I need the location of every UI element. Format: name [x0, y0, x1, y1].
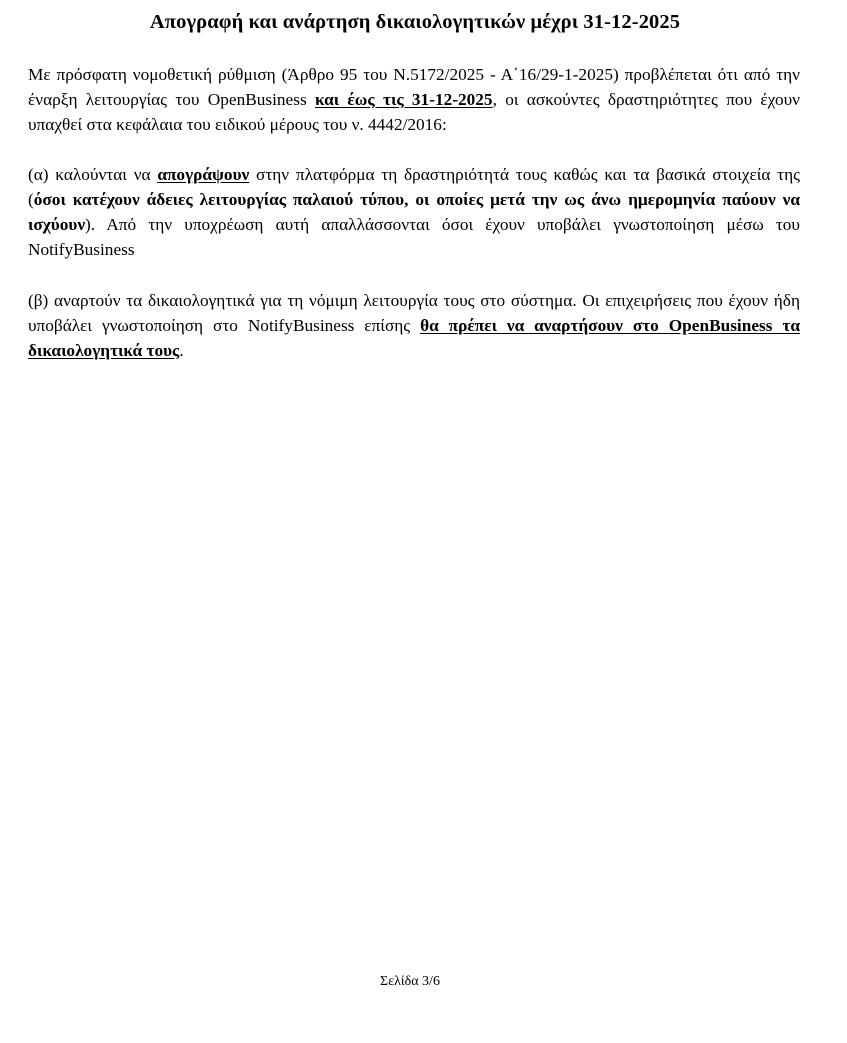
deadline-emphasis: και έως τις 31-12-2025	[315, 90, 493, 109]
document-page: Απογραφή και ανάρτηση δικαιολογητικών μέ…	[0, 0, 847, 1043]
page-number: Σελίδα 3/6	[0, 973, 820, 991]
paragraph-b-text-b: .	[179, 341, 183, 360]
document-title: Απογραφή και ανάρτηση δικαιολογητικών μέ…	[0, 9, 830, 35]
register-emphasis: απογράψουν	[157, 165, 249, 184]
paragraph-a-text-a: (α) καλούνται να	[28, 165, 157, 184]
paragraph-a-text-c: ). Από την υποχρέωση αυτή απαλλάσσονται …	[28, 215, 800, 259]
paragraph-intro: Με πρόσφατη νομοθετική ρύθμιση (Άρθρο 95…	[28, 62, 800, 137]
paragraph-a: (α) καλούνται να απογράψουν στην πλατφόρ…	[28, 162, 800, 262]
paragraph-b: (β) αναρτούν τα δικαιολογητικά για τη νό…	[28, 288, 800, 363]
